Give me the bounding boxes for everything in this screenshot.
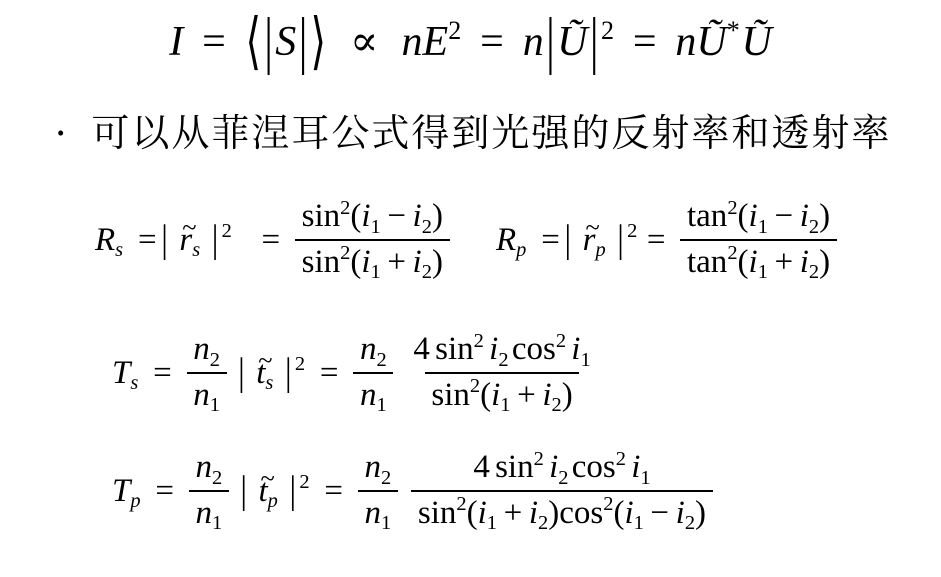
- var-n: n: [195, 495, 212, 531]
- plus-sign: +: [775, 244, 794, 280]
- denominator: sin2(i1+i2)cos2(i1−i2): [411, 490, 712, 536]
- sub-1: 1: [210, 394, 220, 416]
- paren-open: (: [467, 495, 478, 531]
- var-E: E: [423, 19, 449, 65]
- var-i: i: [489, 331, 498, 367]
- bullet-text: 可以从菲涅耳公式得到光强的反射率和透射率: [91, 113, 891, 155]
- paren-open: (: [480, 377, 491, 413]
- var-n: n: [360, 377, 377, 413]
- minus-sign: −: [387, 198, 406, 234]
- equals: =: [647, 222, 666, 258]
- sup-2: 2: [456, 493, 466, 515]
- paren-open: (: [738, 244, 749, 280]
- sin: sin: [418, 495, 457, 531]
- sub-s: s: [265, 372, 273, 394]
- sup-2: 2: [601, 16, 614, 45]
- bullet-line: •可以从菲涅耳公式得到光强的反射率和透射率: [57, 102, 891, 157]
- fraction: tan2(i1−i2) tan2(i1+i2): [680, 195, 836, 284]
- sub-1: 1: [640, 467, 650, 489]
- coefficient-4: 4: [413, 331, 430, 367]
- var-i: i: [549, 449, 558, 485]
- sub-1: 1: [500, 394, 510, 416]
- paren-close: ): [432, 198, 443, 234]
- var-i: i: [361, 244, 370, 280]
- sub-1: 1: [487, 512, 497, 534]
- var-U-tilde: Ũ: [741, 19, 771, 65]
- abs-bar: |: [289, 470, 296, 514]
- tilde-mark: ~: [258, 347, 272, 373]
- sub-2: 2: [685, 512, 695, 534]
- tilde-mark: ~: [261, 465, 275, 491]
- sub-2: 2: [422, 216, 432, 238]
- plus-sign: +: [387, 244, 406, 280]
- sub-2: 2: [558, 467, 568, 489]
- var-i: i: [800, 244, 809, 280]
- equals: =: [138, 222, 157, 258]
- sub-1: 1: [634, 512, 644, 534]
- sin: sin: [431, 377, 470, 413]
- sub-p: p: [516, 239, 526, 261]
- equation-Ts: Ts = n2 n1 | ~ts |2 = n2 n1 4sin2i2cos2i…: [112, 331, 597, 420]
- left-angle-bracket-icon: ⟨: [245, 6, 261, 77]
- numerator: n2: [353, 328, 393, 372]
- sup-2: 2: [448, 16, 461, 45]
- var-r-tilde: ~r: [583, 224, 596, 257]
- denominator: tan2(i1+i2): [680, 239, 836, 285]
- paren-close: ): [548, 495, 559, 531]
- sup-2: 2: [727, 197, 737, 219]
- sub-2: 2: [376, 349, 386, 371]
- sin: sin: [302, 244, 341, 280]
- sub-p: p: [268, 490, 278, 512]
- equals: =: [480, 19, 504, 65]
- var-T: T: [112, 473, 130, 509]
- paren-close: ): [432, 244, 443, 280]
- equals: =: [153, 355, 172, 391]
- sup-2: 2: [603, 493, 613, 515]
- sup-2: 2: [470, 375, 480, 397]
- sup-2: 2: [627, 220, 637, 242]
- abs-bar: |: [240, 470, 247, 514]
- conjugate-star: *: [727, 16, 740, 45]
- fraction-n2-n1: n2 n1: [187, 328, 227, 417]
- var-n: n: [193, 377, 210, 413]
- abs-bar: |: [161, 219, 168, 263]
- equals: =: [633, 19, 657, 65]
- paren-close: ): [819, 198, 830, 234]
- cos: cos: [512, 331, 556, 367]
- equation-Rs: Rs =| ~rs |2 = sin2(i1−i2) sin2(i1+i2): [95, 198, 450, 287]
- plus-sign: +: [517, 377, 536, 413]
- equation-Rp: Rp =| ~rp |2 = tan2(i1−i2) tan2(i1+i2): [496, 198, 837, 287]
- sub-2: 2: [381, 467, 391, 489]
- sub-2: 2: [809, 216, 819, 238]
- sub-1: 1: [758, 216, 768, 238]
- var-n: n: [193, 331, 210, 367]
- paren-open: (: [613, 495, 624, 531]
- numerator: n2: [189, 446, 229, 490]
- bullet-marker-icon: •: [57, 121, 64, 145]
- sub-1: 1: [371, 261, 381, 283]
- fraction: sin2(i1−i2) sin2(i1+i2): [295, 195, 450, 284]
- paren-open: (: [738, 198, 749, 234]
- sup-2: 2: [340, 197, 350, 219]
- sup-2: 2: [534, 448, 544, 470]
- abs-bar: |: [238, 352, 245, 396]
- var-i: i: [413, 198, 422, 234]
- paren-open: (: [350, 244, 361, 280]
- sub-2: 2: [551, 394, 561, 416]
- sub-1: 1: [376, 394, 386, 416]
- sub-2: 2: [809, 261, 819, 283]
- var-n: n: [364, 495, 381, 531]
- var-i: i: [491, 377, 500, 413]
- fraction-n2-n1: n2 n1: [358, 446, 398, 535]
- equals: =: [320, 355, 339, 391]
- cos: cos: [559, 495, 603, 531]
- fraction: 4sin2i2cos2i1 sin2(i1+i2): [407, 328, 597, 417]
- abs-bar: |: [299, 6, 307, 78]
- var-T: T: [112, 355, 130, 391]
- sub-2: 2: [210, 349, 220, 371]
- sup-2: 2: [474, 330, 484, 352]
- sup-2: 2: [222, 220, 232, 242]
- sup-2: 2: [616, 448, 626, 470]
- equation-intensity: I = ⟨|S|⟩ ∝ nE2 = n|Ũ|2 = nŨ*Ũ: [0, 16, 941, 66]
- minus-sign: −: [650, 495, 669, 531]
- coefficient-4: 4: [473, 449, 490, 485]
- var-i: i: [749, 198, 758, 234]
- denominator: n1: [187, 372, 227, 418]
- sub-s: s: [130, 372, 138, 394]
- denominator: sin2(i1+i2): [295, 239, 450, 285]
- abs-bar: |: [546, 6, 554, 78]
- abs-bar: |: [285, 352, 292, 396]
- denominator: n1: [189, 490, 229, 536]
- var-i: i: [631, 449, 640, 485]
- paren-open: (: [350, 198, 361, 234]
- fraction: 4sin2i2cos2i1 sin2(i1+i2)cos2(i1−i2): [411, 446, 712, 535]
- sub-1: 1: [381, 512, 391, 534]
- sin: sin: [495, 449, 534, 485]
- sub-p: p: [595, 239, 605, 261]
- minus-sign: −: [775, 198, 794, 234]
- abs-bar: |: [212, 219, 219, 263]
- abs-bar: |: [590, 6, 598, 78]
- var-n: n: [364, 449, 381, 485]
- abs-bar: |: [564, 219, 571, 263]
- var-n: n: [675, 19, 696, 65]
- numerator: 4sin2i2cos2i1: [467, 446, 657, 490]
- denominator: n1: [358, 490, 398, 536]
- numerator: n2: [358, 446, 398, 490]
- tilde-mark: ~: [585, 214, 599, 240]
- proportional-to-sign: ∝: [350, 16, 378, 65]
- denominator: sin2(i1+i2): [425, 372, 580, 418]
- var-R: R: [95, 222, 115, 258]
- cos: cos: [572, 449, 616, 485]
- sub-2: 2: [422, 261, 432, 283]
- var-I: I: [169, 19, 183, 65]
- equals: =: [262, 222, 281, 258]
- tan: tan: [687, 244, 727, 280]
- sub-s: s: [115, 239, 123, 261]
- equals: =: [155, 473, 174, 509]
- equals: =: [541, 222, 560, 258]
- fraction-n2-n1: n2 n1: [353, 328, 393, 417]
- sub-1: 1: [758, 261, 768, 283]
- var-n: n: [523, 19, 544, 65]
- var-i: i: [800, 198, 809, 234]
- var-R: R: [496, 222, 516, 258]
- sup-2: 2: [727, 242, 737, 264]
- sup-2: 2: [295, 353, 305, 375]
- sub-1: 1: [580, 349, 590, 371]
- var-S: S: [275, 19, 296, 65]
- var-i: i: [529, 495, 538, 531]
- var-i: i: [478, 495, 487, 531]
- var-i: i: [749, 244, 758, 280]
- var-i: i: [361, 198, 370, 234]
- abs-bar: |: [264, 6, 272, 78]
- sin: sin: [302, 198, 341, 234]
- fraction-n2-n1: n2 n1: [189, 446, 229, 535]
- var-i: i: [413, 244, 422, 280]
- abs-bar: |: [617, 219, 624, 263]
- sup-2: 2: [340, 242, 350, 264]
- denominator: n1: [353, 372, 393, 418]
- sin: sin: [435, 331, 474, 367]
- var-r-tilde: ~r: [179, 224, 192, 257]
- tilde-mark: ~: [182, 214, 196, 240]
- slide: I = ⟨|S|⟩ ∝ nE2 = n|Ũ|2 = nŨ*Ũ •可以从菲涅耳公式…: [0, 0, 941, 577]
- var-i: i: [624, 495, 633, 531]
- var-n: n: [195, 449, 212, 485]
- sub-2: 2: [212, 467, 222, 489]
- var-t-tilde: ~t: [259, 475, 268, 508]
- var-i: i: [676, 495, 685, 531]
- equals: =: [202, 19, 226, 65]
- paren-close: ): [562, 377, 573, 413]
- paren-close: ): [695, 495, 706, 531]
- var-n: n: [402, 19, 423, 65]
- sub-2: 2: [538, 512, 548, 534]
- var-n: n: [360, 331, 377, 367]
- numerator: 4sin2i2cos2i1: [407, 328, 597, 372]
- right-angle-bracket-icon: ⟩: [311, 6, 327, 77]
- sup-2: 2: [556, 330, 566, 352]
- tan: tan: [687, 198, 727, 234]
- sub-1: 1: [212, 512, 222, 534]
- plus-sign: +: [504, 495, 523, 531]
- sub-p: p: [130, 490, 140, 512]
- numerator: tan2(i1−i2): [680, 195, 836, 239]
- equals: =: [324, 473, 343, 509]
- numerator: n2: [187, 328, 227, 372]
- paren-close: ): [819, 244, 830, 280]
- numerator: sin2(i1−i2): [295, 195, 450, 239]
- equation-Tp: Tp = n2 n1 | ~tp |2 = n2 n1 4sin2i2cos2i…: [112, 449, 713, 538]
- sub-1: 1: [371, 216, 381, 238]
- var-U-tilde: Ũ: [696, 19, 726, 65]
- sub-s: s: [192, 239, 200, 261]
- var-U-tilde: Ũ: [557, 19, 587, 65]
- sub-2: 2: [498, 349, 508, 371]
- sup-2: 2: [299, 471, 309, 493]
